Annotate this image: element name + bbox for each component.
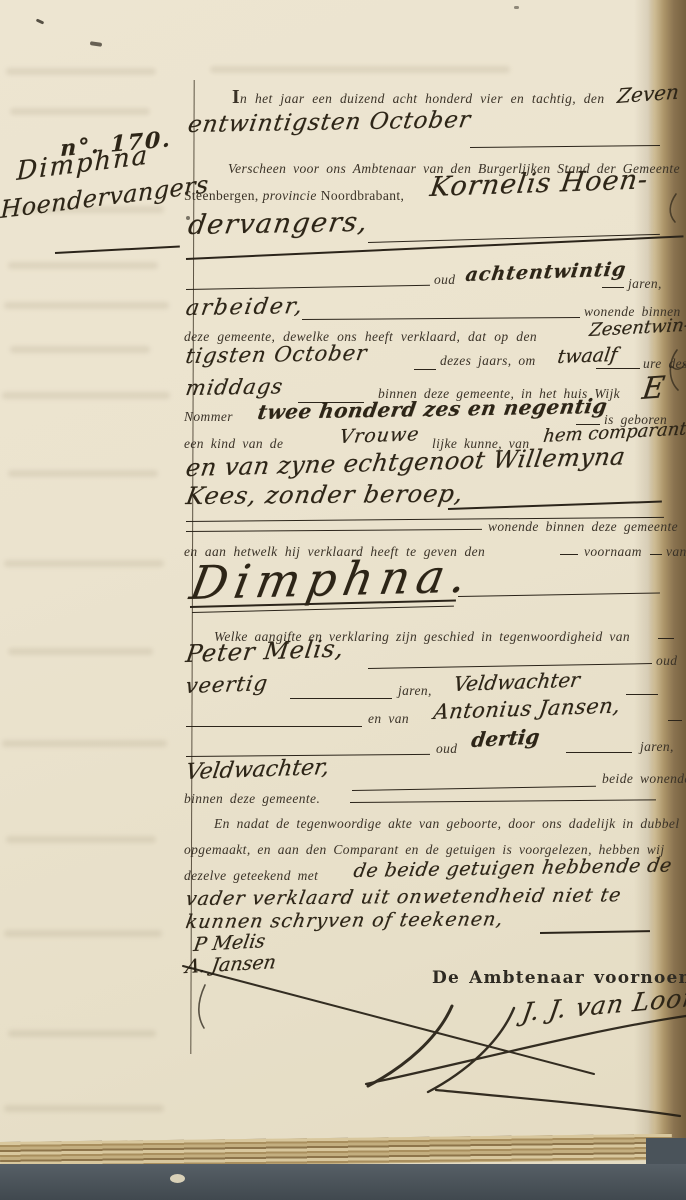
witness1-occupation: Veldwachter bbox=[452, 672, 578, 696]
oud-label: oud bbox=[434, 272, 455, 289]
birth-date-part2-text: tigsten October bbox=[184, 341, 369, 368]
margin-child-last-name: Hoendervangers bbox=[0, 196, 210, 224]
ink-speck bbox=[90, 41, 102, 47]
blank-line bbox=[596, 368, 640, 369]
child-sex-text: Vrouwe bbox=[338, 423, 421, 448]
witnesses-residence: binnen deze gemeente. bbox=[184, 790, 320, 808]
day-hand-continued-text: entwintigsten October bbox=[186, 107, 473, 138]
voornaam-label: voornaam bbox=[584, 543, 642, 561]
witness2-signature: A. Jansen bbox=[184, 956, 274, 978]
birth-date-part2: tigsten October bbox=[184, 344, 365, 368]
ink-speck bbox=[514, 6, 519, 9]
witness2-signature-text: A. Jansen bbox=[184, 951, 278, 978]
mother-residence-text: wonende binnen deze gemeente bbox=[488, 519, 678, 536]
nommer-label: Nommer bbox=[184, 408, 233, 426]
birth-hour: twaalf bbox=[556, 346, 616, 368]
province-label: provincie bbox=[263, 188, 317, 205]
given-name: Dimphna. bbox=[186, 556, 468, 610]
signed-with-label: dezelve geteekend met bbox=[184, 867, 318, 885]
dezes-jaars: dezes jaars, om bbox=[440, 352, 536, 370]
blank-line bbox=[186, 726, 362, 727]
declarant-name-part2: dervangers, bbox=[186, 210, 366, 241]
beide-wonende-text: beide wonende bbox=[602, 771, 686, 788]
blank-line bbox=[186, 529, 482, 532]
blank-line bbox=[602, 287, 624, 288]
signed-with-hand-text: de beide getuigen hebbende de bbox=[352, 854, 674, 882]
mother-surname-text: Kees, zonder beroep, bbox=[184, 480, 466, 510]
father-illiterate-line1: vader verklaard uit onwetendheid niet te bbox=[184, 888, 620, 910]
jaren2-text: jaren, bbox=[398, 683, 432, 700]
declarant-occupation: arbeider, bbox=[184, 296, 302, 321]
birth-date-part1-text: Zesentwin- bbox=[588, 315, 686, 341]
dezes-jaars-text: dezes jaars, om bbox=[440, 353, 536, 370]
father-illiterate-line2: kunnen schryven of teekenen, bbox=[184, 911, 502, 933]
age-row: oud bbox=[434, 271, 455, 289]
voornaam-text: voornaam bbox=[584, 544, 642, 561]
van-text: van bbox=[666, 544, 686, 561]
official-signature: J. J. van Loon bbox=[520, 998, 686, 1027]
oud2-text: oud bbox=[656, 653, 677, 670]
witness2-age: dertig bbox=[470, 728, 538, 752]
beide-wonende: beide wonende bbox=[602, 770, 686, 788]
blank-line bbox=[350, 799, 656, 803]
declarant-occupation-text: arbeider, bbox=[184, 294, 306, 321]
en-van-label: en van bbox=[368, 710, 409, 728]
house-number: twee honderd zes en negentig bbox=[256, 400, 605, 424]
blank-line bbox=[566, 752, 632, 753]
blank-line bbox=[458, 592, 660, 597]
witness2-name: Antonius Jansen, bbox=[432, 700, 619, 724]
backdrop bbox=[0, 1164, 686, 1200]
birth-date-part1: Zesentwin- bbox=[588, 320, 686, 341]
municipality-line: Steenbergen, provincie Noordbrabant, bbox=[184, 187, 404, 205]
wijk-letter: E bbox=[640, 372, 662, 407]
blank-line bbox=[352, 786, 596, 791]
declarant-name-part1: Kornelis Hoen- bbox=[428, 172, 646, 203]
birth-hour-text: twaalf bbox=[556, 344, 619, 368]
official-title-text: De Ambtenaar voornoemd, bbox=[432, 968, 686, 988]
closing-line1: En nadat de tegenwoordige akte van geboo… bbox=[214, 815, 679, 833]
year-line-printed: In het jaar een duizend acht honderd vie… bbox=[232, 86, 604, 110]
blank-line bbox=[186, 285, 430, 290]
day-hand-continued: entwintigsten October bbox=[186, 112, 469, 138]
witness1-age: veertig bbox=[184, 674, 266, 698]
en-van-text: en van bbox=[368, 711, 409, 728]
register-page-scan: n°. 170. Dimphna Hoendervangers In het j… bbox=[0, 0, 686, 1200]
blank-line bbox=[470, 145, 660, 148]
mother-intro: en van zyne echtgenoot Willemyna bbox=[184, 454, 623, 482]
paper-sliver bbox=[170, 1174, 185, 1183]
blank-line bbox=[414, 369, 436, 370]
witnesses-residence-text: binnen deze gemeente. bbox=[184, 791, 320, 808]
blank-line bbox=[668, 720, 682, 721]
blank-line bbox=[626, 694, 658, 695]
blank-line bbox=[560, 554, 578, 555]
signed-with-hand: de beide getuigen hebbende de bbox=[352, 860, 670, 882]
province-name: Noordbrabant, bbox=[321, 188, 405, 205]
een-kind-text: een kind van de bbox=[184, 436, 283, 453]
witness1-age-text: veertig bbox=[184, 671, 270, 698]
jaren3-text: jaren, bbox=[640, 739, 674, 756]
house-number-text: twee honderd zes en negentig bbox=[256, 394, 609, 424]
witness1-name: Peter Melis, bbox=[184, 640, 342, 668]
given-name-text: Dimphna. bbox=[186, 548, 478, 610]
margin-dash bbox=[55, 245, 180, 254]
witness2-occupation-text: Veldwachter, bbox=[184, 755, 331, 785]
signed-with-text: dezelve geteekend met bbox=[184, 868, 318, 885]
witness2-occupation: Veldwachter, bbox=[184, 760, 327, 785]
official-signature-text: J. J. van Loon bbox=[520, 982, 686, 1027]
jaren-text: jaren, bbox=[628, 276, 662, 293]
municipality-name: Steenbergen, bbox=[184, 188, 259, 205]
day-hand-start: Zeven bbox=[616, 84, 678, 108]
child-sex-line: een kind van de bbox=[184, 435, 283, 453]
nommer-text: Nommer bbox=[184, 409, 233, 426]
declarant-age: achtentwintig bbox=[464, 264, 625, 286]
daypart-text: middags bbox=[184, 374, 285, 400]
declarant-name-part1-text: Kornelis Hoen- bbox=[428, 164, 650, 203]
oud-label3: oud bbox=[436, 740, 457, 758]
van-label: van bbox=[666, 543, 686, 561]
blank-line bbox=[368, 663, 652, 669]
mother-residence: wonende binnen deze gemeente bbox=[488, 518, 678, 536]
year-line: In het jaar een duizend acht honderd vie… bbox=[232, 86, 604, 110]
blank-line bbox=[658, 638, 674, 639]
blank-line bbox=[290, 698, 392, 699]
witness1-name-text: Peter Melis, bbox=[184, 634, 346, 668]
father-illiterate-line2-text: kunnen schryven of teekenen, bbox=[184, 908, 505, 933]
daypart: middags bbox=[184, 376, 281, 400]
official-title: De Ambtenaar voornoemd, bbox=[432, 968, 686, 988]
declarant-name-part2-text: dervangers, bbox=[186, 207, 371, 241]
day-hand-start-text: Zeven bbox=[616, 79, 680, 108]
blank-line bbox=[448, 501, 662, 510]
mother-surname: Kees, zonder beroep, bbox=[184, 482, 461, 510]
page-stack-edge bbox=[0, 1134, 672, 1168]
declarant-age-text: achtentwintig bbox=[464, 258, 628, 286]
closing-line1-text: En nadat de tegenwoordige akte van geboo… bbox=[214, 816, 679, 833]
jaren-label1: jaren, bbox=[628, 275, 662, 293]
jaren-label2: jaren, bbox=[398, 682, 432, 700]
blank-line bbox=[302, 317, 580, 320]
witness1-occupation-text: Veldwachter bbox=[452, 667, 582, 696]
oud-label2: oud bbox=[656, 652, 677, 670]
witness2-age-text: dertig bbox=[470, 724, 541, 752]
child-sex: Vrouwe bbox=[338, 426, 418, 448]
oud3-text: oud bbox=[436, 741, 457, 758]
witness2-name-text: Antonius Jansen, bbox=[432, 693, 622, 724]
blank-line bbox=[650, 554, 662, 555]
father-illiterate-line1-text: vader verklaard uit onwetendheid niet te bbox=[184, 884, 623, 910]
ink-speck bbox=[36, 18, 45, 24]
jaren-label3: jaren, bbox=[640, 738, 674, 756]
